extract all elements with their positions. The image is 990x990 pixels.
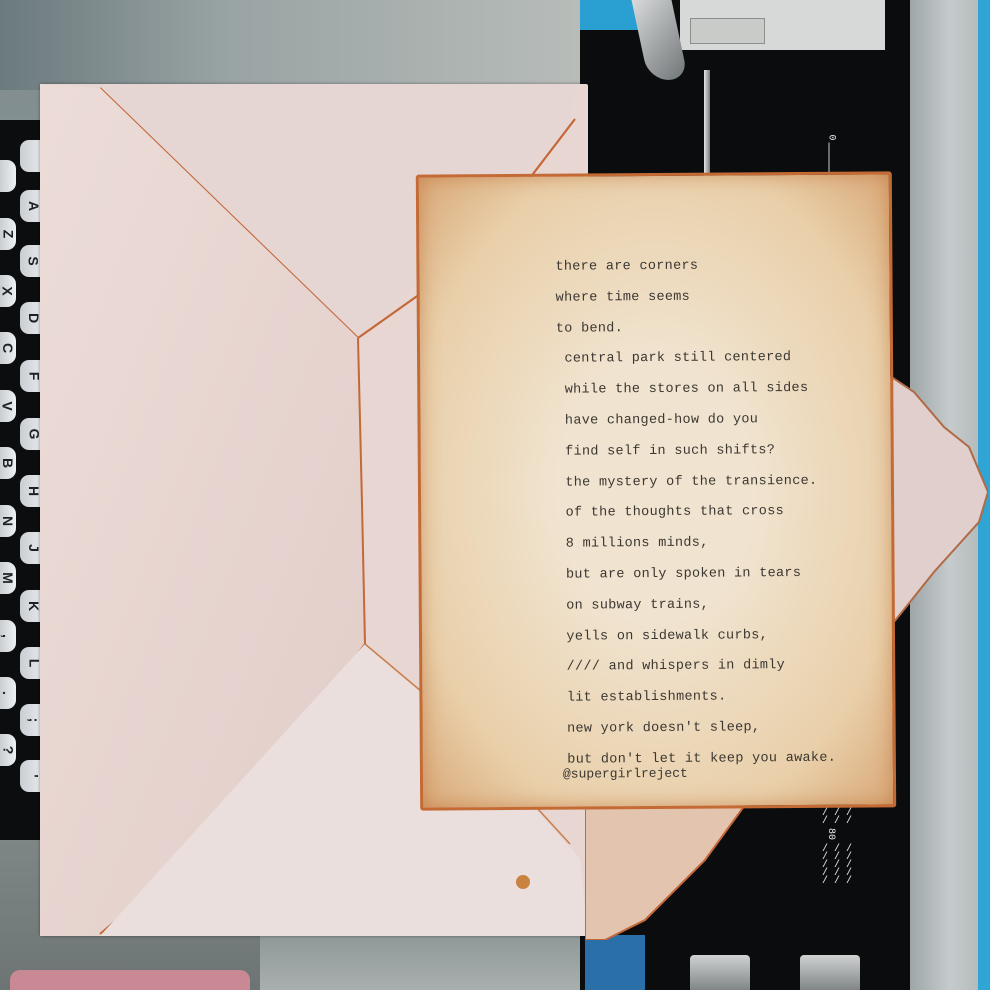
plate-label	[690, 18, 765, 44]
poem-line: but are only spoken in tears	[557, 558, 871, 591]
poem-line: to bend.	[556, 312, 870, 345]
key-partial: Z	[0, 218, 16, 250]
key-partial: C	[0, 332, 16, 364]
pink-object	[10, 970, 250, 990]
key-partial: X	[0, 275, 16, 307]
key-partial: M	[0, 562, 16, 594]
poem-line: where time seems	[556, 281, 870, 314]
typewriter-base	[260, 930, 580, 990]
poem-line: //// and whispers in dimly	[558, 651, 872, 684]
poem-line: lit establishments.	[558, 682, 872, 715]
key-partial: N	[0, 505, 16, 537]
under-paper-corner	[585, 800, 750, 940]
key-partial: .	[0, 677, 16, 709]
poem-line: central park still centered	[556, 343, 870, 376]
poem-line: new york doesn't sleep,	[559, 712, 873, 745]
poem-line: yells on sidewalk curbs,	[558, 620, 872, 653]
key-partial: B	[0, 447, 16, 479]
blue-background-bottom	[585, 935, 645, 990]
key-partial	[0, 160, 16, 192]
poem-line: find self in such shifts?	[557, 435, 871, 468]
key-partial: ?	[0, 734, 16, 766]
poem-line: while the stores on all sides	[556, 374, 870, 407]
poem-paper: there are corners where time seems to be…	[416, 171, 896, 810]
typewriter-top-strip	[0, 0, 580, 90]
poem-line: on subway trains,	[558, 589, 872, 622]
paper-guide-rod	[704, 70, 710, 180]
poem-line: have changed-how do you	[556, 404, 870, 437]
poem-line: the mystery of the transience.	[557, 466, 871, 499]
margin-scale-bottom: / / // / / 80 / / // / // / // / // / /	[822, 810, 852, 925]
poem-line: 8 millions minds,	[557, 528, 871, 561]
paper-clip-right	[800, 955, 860, 990]
scale-label-top: 0	[827, 135, 836, 145]
scale-label-bottom: 80	[826, 828, 834, 844]
key-partial: V	[0, 390, 16, 422]
paper-clip-left	[690, 955, 750, 990]
envelope-side-flap	[884, 372, 988, 622]
key-partial: ,	[0, 620, 16, 652]
poem-text: there are corners where time seems to be…	[555, 251, 873, 777]
poem-signature: @supergirlreject	[563, 766, 688, 782]
blue-background-corner	[580, 0, 640, 30]
poem-line: of the thoughts that cross	[557, 497, 871, 530]
poem-line: there are corners	[555, 251, 869, 284]
